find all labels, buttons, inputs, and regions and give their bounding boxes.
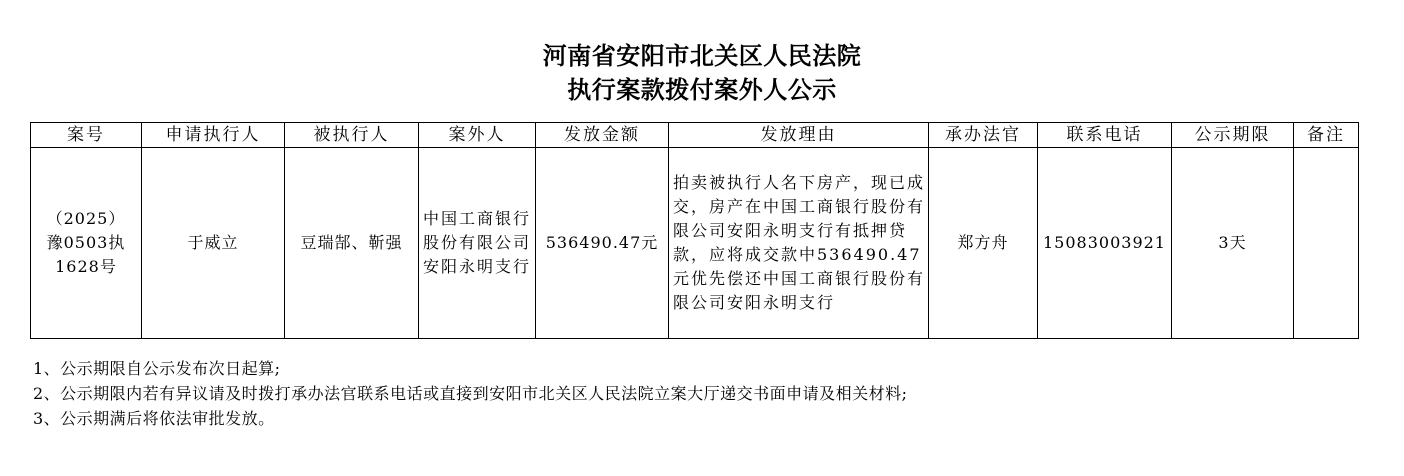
cell-third-party: 中国工商银行股份有限公司安阳永明支行 xyxy=(419,148,536,339)
header-reason: 发放理由 xyxy=(669,123,929,148)
cell-applicant: 于威立 xyxy=(142,148,285,339)
table-row: （2025） 豫0503执 1628号 于威立 豆瑞郜、靳强 中国工商银行股份有… xyxy=(31,148,1359,339)
note-item: 1、公示期限自公示发布次日起算; xyxy=(33,356,908,381)
header-period: 公示期限 xyxy=(1172,123,1294,148)
case-no-code: 豫0503执 xyxy=(34,231,138,255)
cell-amount: 536490.47元 xyxy=(536,148,669,339)
cell-period: 3天 xyxy=(1172,148,1294,339)
header-respondent: 被执行人 xyxy=(285,123,419,148)
court-name-title: 河南省安阳市北关区人民法院 xyxy=(0,40,1404,72)
header-case-no: 案号 xyxy=(31,123,142,148)
cell-judge: 郑方舟 xyxy=(929,148,1038,339)
cell-respondent: 豆瑞郜、靳强 xyxy=(285,148,419,339)
header-amount: 发放金额 xyxy=(536,123,669,148)
case-no-year: （2025） xyxy=(34,207,138,231)
table-header-row: 案号 申请执行人 被执行人 案外人 发放金额 发放理由 承办法官 联系电话 公示… xyxy=(31,123,1359,148)
note-item: 3、公示期满后将依法审批发放。 xyxy=(33,406,908,431)
header-remarks: 备注 xyxy=(1294,123,1359,148)
header-third-party: 案外人 xyxy=(419,123,536,148)
header-applicant: 申请执行人 xyxy=(142,123,285,148)
notice-title: 执行案款拨付案外人公示 xyxy=(0,74,1404,106)
note-item: 2、公示期限内若有异议请及时拨打承办法官联系电话或直接到安阳市北关区人民法院立案… xyxy=(33,381,908,406)
case-no-number: 1628号 xyxy=(34,255,138,279)
cell-phone: 15083003921 xyxy=(1038,148,1172,339)
disbursement-table: 案号 申请执行人 被执行人 案外人 发放金额 发放理由 承办法官 联系电话 公示… xyxy=(30,122,1359,339)
cell-case-no: （2025） 豫0503执 1628号 xyxy=(31,148,142,339)
cell-reason: 拍卖被执行人名下房产，现已成交，房产在中国工商银行股份有限公司安阳永明支行有抵押… xyxy=(669,148,929,339)
header-judge: 承办法官 xyxy=(929,123,1038,148)
cell-remarks xyxy=(1294,148,1359,339)
notes-section: 1、公示期限自公示发布次日起算; 2、公示期限内若有异议请及时拨打承办法官联系电… xyxy=(33,356,908,431)
header-phone: 联系电话 xyxy=(1038,123,1172,148)
